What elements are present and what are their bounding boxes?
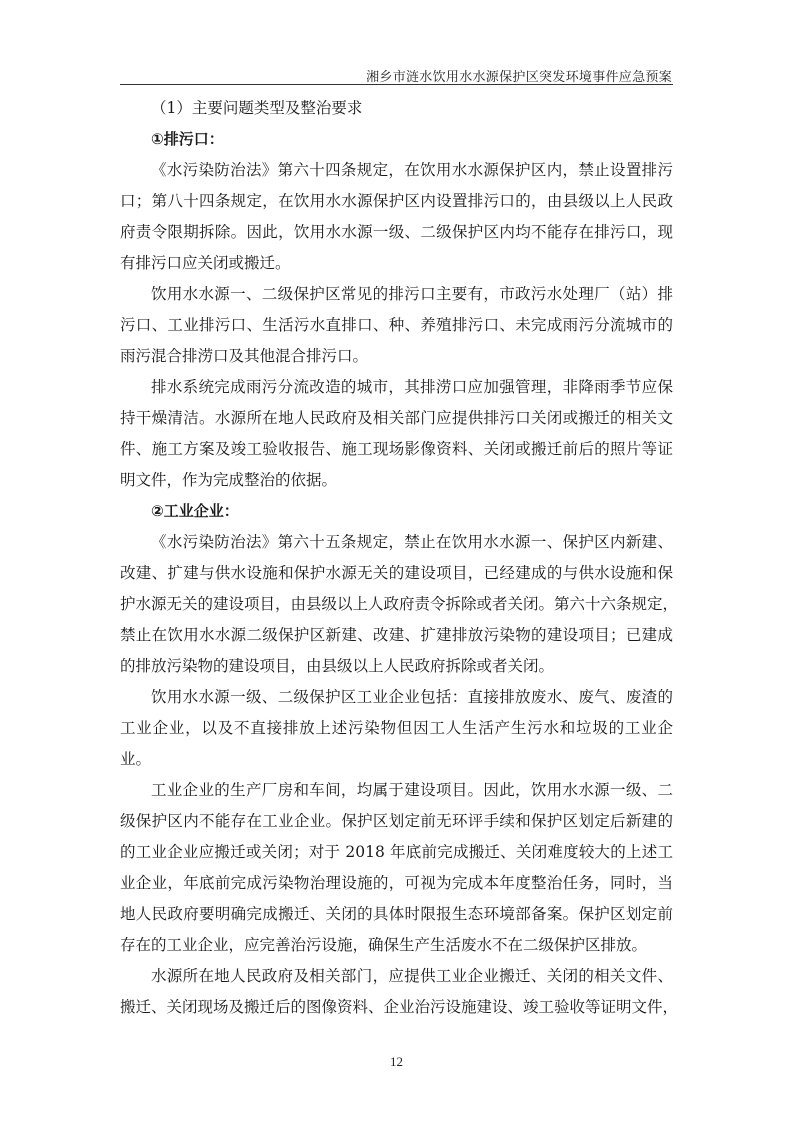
text-line: 雨污混合排涝口及其他混合排污口。 <box>120 341 673 372</box>
page-number: 12 <box>0 1054 793 1070</box>
text-line: 件、施工方案及竣工验收报告、施工现场影像资料、关闭或搬迁前后的照片等证 <box>120 434 673 465</box>
text-line: 饮用水水源一级、二级保护区工业企业包括：直接排放废水、废气、废渣的 <box>120 682 673 713</box>
item1-paragraph-3: 排水系统完成雨污分流改造的城市，其排涝口应加强管理，非降雨季节应保 持干燥清洁。… <box>120 372 673 496</box>
text-line: 污口、工业排污口、生活污水直排口、种、养殖排污口、未完成雨污分流城市的 <box>120 310 673 341</box>
text-line: 工业企业的生产厂房和车间，均属于建设项目。因此，饮用水水源一级、二 <box>120 775 673 806</box>
text-line: 搬迁、关闭现场及搬迁后的图像资料、企业治污设施建设、竣工验收等证明文件， <box>120 992 673 1023</box>
text-line: 《水污染防治法》第六十五条规定，禁止在饮用水水源一、保护区内新建、 <box>120 527 673 558</box>
text-line: 业。 <box>120 744 673 775</box>
text-line: 工业企业，以及不直接排放上述污染物但因工人生活产生污水和垃圾的工业企 <box>120 713 673 744</box>
item2-paragraph-4: 水源所在地人民政府及相关部门，应提供工业企业搬迁、关闭的相关文件、 搬迁、关闭现… <box>120 961 673 1023</box>
text-line: 存在的工业企业，应完善治污设施，确保生产生活废水不在二级保护区排放。 <box>120 930 673 961</box>
text-line: 府责令限期拆除。因此，饮用水水源一级、二级保护区内均不能存在排污口，现 <box>120 217 673 248</box>
text-line: 级保护区内不能存在工业企业。保护区划定前无环评手续和保护区划定后新建的 <box>120 806 673 837</box>
item1-paragraph-1: 《水污染防治法》第六十四条规定，在饮用水水源保护区内，禁止设置排污 口；第八十四… <box>120 155 673 279</box>
text-line: 有排污口应关闭或搬迁。 <box>120 248 673 279</box>
item2-paragraph-1: 《水污染防治法》第六十五条规定，禁止在饮用水水源一、保护区内新建、 改建、扩建与… <box>120 527 673 682</box>
text-line: 护水源无关的建设项目，由县级以上人政府责令拆除或者关闭。第六十六条规定， <box>120 589 673 620</box>
text-line: 明文件，作为完成整治的依据。 <box>120 465 673 496</box>
text-line: 改建、扩建与供水设施和保护水源无关的建设项目，已经建成的与供水设施和保 <box>120 558 673 589</box>
item1-paragraph-2: 饮用水水源一、二级保护区常见的排污口主要有，市政污水处理厂（站）排 污口、工业排… <box>120 279 673 372</box>
header-divider <box>120 84 673 85</box>
page-body: （1）主要问题类型及整治要求 ①排污口： 《水污染防治法》第六十四条规定，在饮用… <box>120 93 673 1023</box>
item2-paragraph-2: 饮用水水源一级、二级保护区工业企业包括：直接排放废水、废气、废渣的 工业企业，以… <box>120 682 673 775</box>
text-line: 口；第八十四条规定，在饮用水水源保护区内设置排污口的，由县级以上人民政 <box>120 186 673 217</box>
text-line: 饮用水水源一、二级保护区常见的排污口主要有，市政污水处理厂（站）排 <box>120 279 673 310</box>
section-subtitle: （1）主要问题类型及整治要求 <box>120 93 673 124</box>
text-line: 的工业企业应搬迁或关闭；对于 2018 年底前完成搬迁、关闭难度较大的上述工 <box>120 837 673 868</box>
item1-heading: ①排污口： <box>120 124 673 155</box>
text-line: 持干燥清洁。水源所在地人民政府及相关部门应提供排污口关闭或搬迁的相关文 <box>120 403 673 434</box>
text-line: 业企业，年底前完成污染物治理设施的，可视为完成本年度整治任务，同时，当 <box>120 868 673 899</box>
text-line: 地人民政府要明确完成搬迁、关闭的具体时限报生态环境部备案。保护区划定前 <box>120 899 673 930</box>
item2-paragraph-3: 工业企业的生产厂房和车间，均属于建设项目。因此，饮用水水源一级、二 级保护区内不… <box>120 775 673 961</box>
text-line: 禁止在饮用水水源二级保护区新建、改建、扩建排放污染物的建设项目；已建成 <box>120 620 673 651</box>
document-title: 湘乡市涟水饮用水水源保护区突发环境事件应急预案 <box>366 66 672 85</box>
text-line: 的排放污染物的建设项目，由县级以上人民政府拆除或者关闭。 <box>120 651 673 682</box>
text-line: 《水污染防治法》第六十四条规定，在饮用水水源保护区内，禁止设置排污 <box>120 155 673 186</box>
text-line: 排水系统完成雨污分流改造的城市，其排涝口应加强管理，非降雨季节应保 <box>120 372 673 403</box>
item2-heading: ②工业企业： <box>120 496 673 527</box>
text-line: 水源所在地人民政府及相关部门，应提供工业企业搬迁、关闭的相关文件、 <box>120 961 673 992</box>
